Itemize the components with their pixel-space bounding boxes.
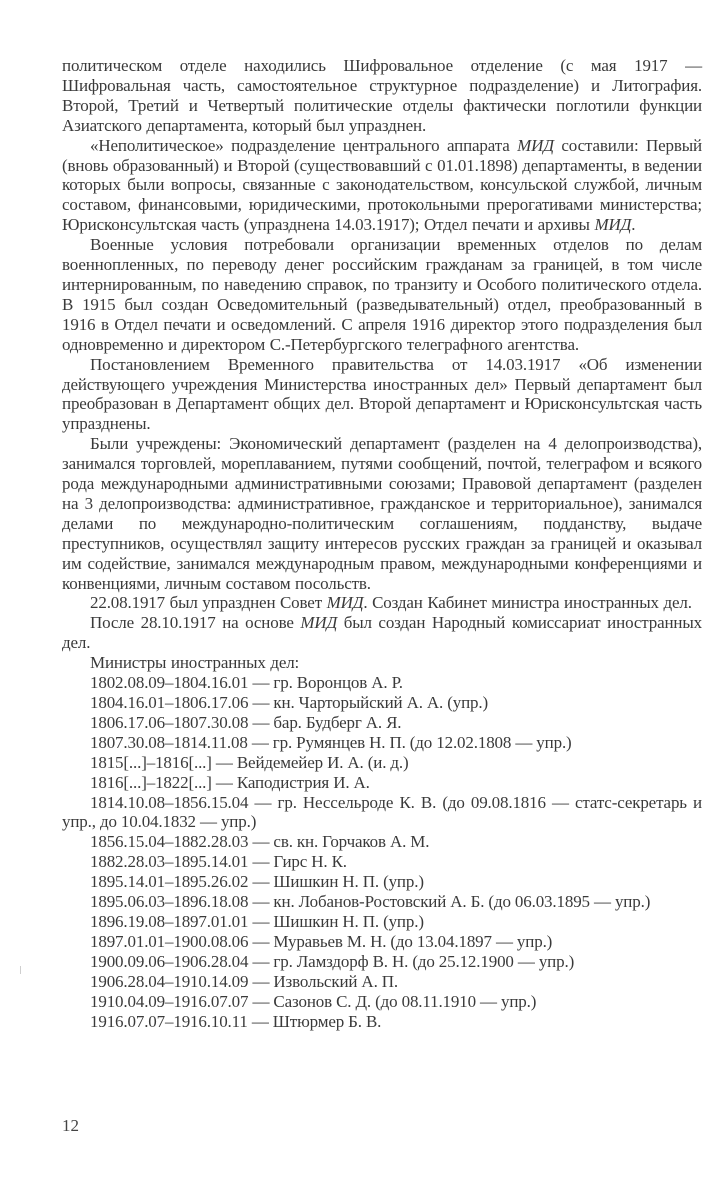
abbr-mid: МИД — [517, 136, 554, 155]
minister-period: 1900.09.06–1906.28.04 — [90, 952, 248, 971]
minister-name: Шишкин Н. П. (упр.) — [273, 912, 423, 931]
minister-name: Муравьев М. Н. (до 13.04.1897 — упр.) — [273, 932, 552, 951]
paragraph: политическом отделе находились Шифроваль… — [62, 56, 702, 136]
minister-name: гр. Ламздорф В. Н. (до 25.12.1900 — упр.… — [273, 952, 574, 971]
minister-entry: 1910.04.09–1916.07.07 — Сазонов С. Д. (д… — [62, 992, 702, 1012]
minister-period: 1856.15.04–1882.28.03 — [90, 832, 248, 851]
minister-name: гр. Воронцов А. Р. — [273, 673, 402, 692]
minister-name: Извольский А. П. — [273, 972, 398, 991]
page-body: политическом отделе находились Шифроваль… — [62, 56, 702, 1031]
scan-speck — [20, 966, 21, 974]
minister-name: бар. Будберг А. Я. — [273, 713, 401, 732]
minister-entry: 1815[...]–1816[...] — Вейдемейер И. А. (… — [62, 753, 702, 773]
minister-entry: 1807.30.08–1814.11.08 — гр. Румянцев Н. … — [62, 733, 702, 753]
minister-name: кн. Чарторыйский А. А. (упр.) — [273, 693, 488, 712]
minister-period: 1814.10.08–1856.15.04 — [90, 793, 248, 812]
minister-entry: 1916.07.07–1916.10.11 — Штюрмер Б. В. — [62, 1012, 702, 1032]
minister-name: св. кн. Горчаков А. М. — [273, 832, 429, 851]
minister-period: 1906.28.04–1910.14.09 — [90, 972, 248, 991]
ministers-heading: Министры иностранных дел: — [62, 653, 702, 673]
minister-entry: 1896.19.08–1897.01.01 — Шишкин Н. П. (уп… — [62, 912, 702, 932]
paragraph: Были учреждены: Экономический департамен… — [62, 434, 702, 593]
minister-entry: 1906.28.04–1910.14.09 — Извольский А. П. — [62, 972, 702, 992]
page-number: 12 — [62, 1116, 79, 1136]
paragraph: 22.08.1917 был упразднен Совет МИД. Созд… — [62, 593, 702, 613]
paragraph: Военные условия потребовали организации … — [62, 235, 702, 354]
paragraphs: политическом отделе находились Шифроваль… — [62, 56, 702, 653]
paragraph: Постановлением Временного правительства … — [62, 355, 702, 435]
minister-period: 1916.07.07–1916.10.11 — [90, 1012, 248, 1031]
minister-period: 1816[...]–1822[...] — [90, 773, 212, 792]
ministers-list: 1802.08.09–1804.16.01 — гр. Воронцов А. … — [62, 673, 702, 1031]
minister-period: 1882.28.03–1895.14.01 — [90, 852, 248, 871]
minister-name: Штюрмер Б. В. — [273, 1012, 381, 1031]
minister-period: 1897.01.01–1900.08.06 — [90, 932, 248, 951]
paragraph: «Неполитическое» подразделение центральн… — [62, 136, 702, 236]
minister-name: Шишкин Н. П. (упр.) — [273, 872, 423, 891]
minister-period: 1806.17.06–1807.30.08 — [90, 713, 248, 732]
minister-entry: 1895.14.01–1895.26.02 — Шишкин Н. П. (уп… — [62, 872, 702, 892]
minister-name: Сазонов С. Д. (до 08.11.1910 — упр.) — [273, 992, 536, 1011]
minister-name: Каподистрия И. А. — [237, 773, 370, 792]
minister-name: Вейдемейер И. А. (и. д.) — [237, 753, 409, 772]
abbr-mid: МИД — [300, 613, 337, 632]
minister-entry: 1816[...]–1822[...] — Каподистрия И. А. — [62, 773, 702, 793]
abbr-mid: МИД — [594, 215, 631, 234]
minister-entry: 1882.28.03–1895.14.01 — Гирс Н. К. — [62, 852, 702, 872]
minister-entry: 1895.06.03–1896.18.08 — кн. Лобанов-Рост… — [62, 892, 702, 912]
minister-entry: 1900.09.06–1906.28.04 — гр. Ламздорф В. … — [62, 952, 702, 972]
minister-period: 1807.30.08–1814.11.08 — [90, 733, 248, 752]
minister-entry: 1802.08.09–1804.16.01 — гр. Воронцов А. … — [62, 673, 702, 693]
minister-period: 1910.04.09–1916.07.07 — [90, 992, 248, 1011]
minister-name: Гирс Н. К. — [273, 852, 346, 871]
minister-name: гр. Румянцев Н. П. (до 12.02.1808 — упр.… — [273, 733, 572, 752]
minister-period: 1896.19.08–1897.01.01 — [90, 912, 248, 931]
minister-period: 1804.16.01–1806.17.06 — [90, 693, 248, 712]
minister-entry: 1804.16.01–1806.17.06 — кн. Чарторыйский… — [62, 693, 702, 713]
minister-entry: 1897.01.01–1900.08.06 — Муравьев М. Н. (… — [62, 932, 702, 952]
minister-entry: 1856.15.04–1882.28.03 — св. кн. Горчаков… — [62, 832, 702, 852]
minister-period: 1815[...]–1816[...] — [90, 753, 212, 772]
minister-period: 1895.14.01–1895.26.02 — [90, 872, 248, 891]
minister-entry: 1806.17.06–1807.30.08 — бар. Будберг А. … — [62, 713, 702, 733]
minister-period: 1895.06.03–1896.18.08 — [90, 892, 248, 911]
paragraph: После 28.10.1917 на основе МИД был созда… — [62, 613, 702, 653]
minister-name: кн. Лобанов-Ростовский А. Б. (до 06.03.1… — [273, 892, 650, 911]
abbr-mid: МИД — [327, 593, 364, 612]
minister-period: 1802.08.09–1804.16.01 — [90, 673, 248, 692]
minister-entry: 1814.10.08–1856.15.04 — гр. Нессельроде … — [62, 793, 702, 833]
